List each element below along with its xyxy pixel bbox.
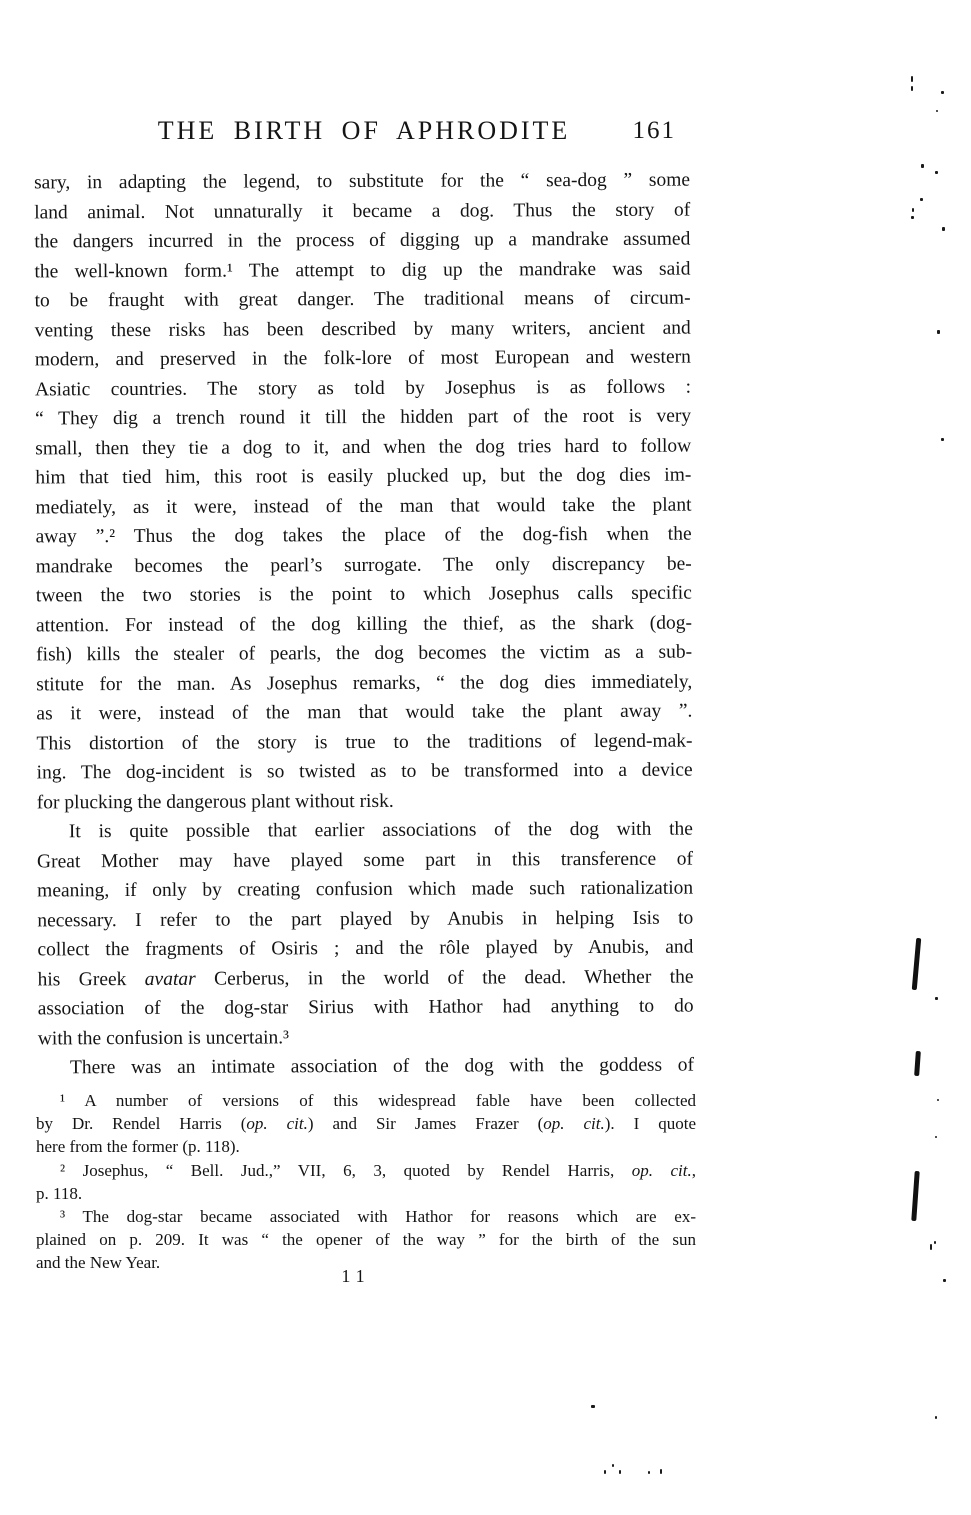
speck — [936, 110, 938, 112]
text-run: Great Mother may have played some part i… — [37, 848, 693, 872]
text-run: collect the fragments of Osiris ; and th… — [37, 937, 693, 961]
running-header: THE BIRTH OF APHRODITE 161 — [36, 116, 692, 150]
speck — [912, 208, 914, 212]
paragraph: It is quite possible that earlier associ… — [37, 815, 694, 1054]
text-run: association of the dog-star Sirius with … — [38, 996, 694, 1020]
paragraph: ³ The dog-star became associated with Ha… — [36, 1205, 696, 1275]
text-run: modern, and preserved in the folk-lore o… — [35, 347, 691, 371]
speck — [943, 1279, 946, 1282]
text-line: ing. The dog-incident is so twisted as t… — [37, 756, 693, 788]
text-line: mediately, as it were, instead of the ma… — [35, 490, 691, 522]
text-run: p. 118. — [36, 1184, 82, 1203]
text-run: his Greek — [38, 968, 145, 989]
text-line: There was an intimate association of the… — [38, 1051, 694, 1083]
speck — [935, 1416, 937, 1419]
text-line: away ”.² Thus the dog takes the place of… — [36, 520, 692, 552]
body-text: sary, in adapting the legend, to substit… — [34, 166, 694, 1083]
text-line: as it were, instead of the man that woul… — [36, 697, 692, 729]
text-run: mediately, as it were, instead of the ma… — [35, 494, 691, 518]
speck — [612, 1464, 614, 1467]
text-line: meaning, if only by creating confusion w… — [37, 874, 693, 906]
text-line: tween the two stories is the point to wh… — [36, 579, 692, 611]
text-line: stitute for the man. As Josephus remarks… — [36, 667, 692, 699]
speck — [935, 1136, 937, 1138]
speck — [930, 1244, 932, 1250]
signature-mark: 11 — [28, 1266, 684, 1287]
text-line: small, then they tie a dog to it, and wh… — [35, 431, 691, 463]
text-line: necessary. I refer to the part played by… — [37, 903, 693, 935]
text-line: plained on p. 209. It was “ the opener o… — [36, 1228, 696, 1251]
text-run: venting these risks has been described b… — [35, 317, 691, 341]
text-line: land animal. Not unnaturally it became a… — [34, 195, 690, 227]
paragraph: sary, in adapting the legend, to substit… — [34, 166, 693, 818]
text-line: mandrake becomes the pearl’s surrogate. … — [36, 549, 692, 581]
text-line: association of the dog-star Sirius with … — [38, 992, 694, 1024]
text-run: There was an intimate association of the… — [70, 1055, 694, 1079]
text-run: ³ The dog-star became associated with Ha… — [60, 1207, 696, 1226]
text-line: collect the fragments of Osiris ; and th… — [37, 933, 693, 965]
text-line: the dangers incurred in the process of d… — [34, 225, 690, 257]
text-line: venting these risks has been described b… — [35, 313, 691, 345]
text-run: him that tied him, this root is easily p… — [35, 465, 691, 489]
italic-phrase: avatar — [145, 968, 196, 989]
text-run: ). I quote — [605, 1114, 696, 1133]
speck — [934, 1241, 936, 1244]
text-run: Cerberus, in the world of the dead. Whet… — [196, 966, 694, 989]
book-page-scan: THE BIRTH OF APHRODITE 161 sary, in adap… — [0, 0, 971, 1515]
text-run: land animal. Not unnaturally it became a… — [34, 199, 690, 223]
text-line: his Greek avatar Cerberus, in the world … — [37, 962, 693, 994]
text-run: away ”.² Thus the dog takes the place of… — [36, 524, 692, 548]
text-line: ¹ A number of versions of this widesprea… — [36, 1089, 696, 1112]
text-line: by Dr. Rendel Harris (op. cit.) and Sir … — [36, 1112, 696, 1135]
text-run: by Dr. Rendel Harris ( — [36, 1114, 246, 1133]
text-line: here from the former (p. 118). — [36, 1135, 696, 1158]
text-line: for plucking the dangerous plant without… — [37, 785, 693, 817]
italic-phrase: op. cit. — [632, 1161, 692, 1180]
speck — [937, 1099, 939, 1101]
text-run: small, then they tie a dog to it, and wh… — [35, 435, 691, 459]
margin-ink-stroke — [911, 1171, 919, 1221]
text-line: him that tied him, this root is easily p… — [35, 461, 691, 493]
italic-phrase: op. cit. — [246, 1114, 307, 1133]
text-line: p. 118. — [36, 1182, 696, 1205]
paragraph: ² Josephus, “ Bell. Jud.,” VII, 6, 3, qu… — [36, 1159, 696, 1205]
text-run: as it were, instead of the man that woul… — [36, 701, 692, 725]
speck — [911, 86, 913, 91]
text-line: the well-known form.¹ The attempt to dig… — [34, 254, 690, 286]
speck — [935, 171, 938, 174]
text-run: meaning, if only by creating confusion w… — [37, 878, 693, 902]
text-line: ³ The dog-star became associated with Ha… — [36, 1205, 696, 1228]
text-run: mandrake becomes the pearl’s surrogate. … — [36, 553, 692, 577]
speck — [648, 1471, 650, 1474]
text-run: tween the two stories is the point to wh… — [36, 583, 692, 607]
speck — [660, 1469, 662, 1474]
text-run: necessary. I refer to the part played by… — [37, 907, 693, 931]
text-line: This distortion of the story is true to … — [36, 726, 692, 758]
text-run: for plucking the dangerous plant without… — [37, 790, 394, 813]
text-run: to be fraught with great danger. The tra… — [35, 288, 691, 312]
text-run: the dangers incurred in the process of d… — [34, 229, 690, 253]
page-title: THE BIRTH OF APHRODITE — [36, 116, 692, 147]
text-line: Great Mother may have played some part i… — [37, 844, 693, 876]
speck — [921, 164, 924, 168]
speck — [591, 1405, 595, 1408]
text-run: “ They dig a trench round it till the hi… — [35, 406, 691, 430]
text-line: ² Josephus, “ Bell. Jud.,” VII, 6, 3, qu… — [36, 1159, 696, 1182]
text-line: to be fraught with great danger. The tra… — [35, 284, 691, 316]
text-line: fish) kills the stealer of pearls, the d… — [36, 638, 692, 670]
speck — [604, 1470, 606, 1474]
speck — [937, 330, 940, 334]
text-run: It is quite possible that earlier associ… — [69, 819, 693, 843]
text-run: attention. For instead of the dog killin… — [36, 612, 692, 636]
margin-ink-stroke — [914, 1051, 921, 1076]
text-run: with the confusion is uncertain.³ — [38, 1027, 289, 1049]
speck — [920, 198, 923, 201]
text-line: Asiatic countries. The story as told by … — [35, 372, 691, 404]
speck — [935, 997, 938, 1000]
text-run: This distortion of the story is true to … — [36, 730, 692, 754]
speck — [619, 1470, 621, 1474]
italic-phrase: op. cit. — [543, 1114, 604, 1133]
speck — [941, 91, 944, 94]
text-run: ) and Sir James Frazer ( — [308, 1114, 543, 1133]
paragraph: There was an intimate association of the… — [38, 1051, 694, 1083]
speck — [941, 438, 944, 441]
text-line: attention. For instead of the dog killin… — [36, 608, 692, 640]
text-line: sary, in adapting the legend, to substit… — [34, 166, 690, 198]
text-run: fish) kills the stealer of pearls, the d… — [36, 642, 692, 666]
speck — [911, 76, 913, 82]
text-run: , — [692, 1161, 696, 1180]
text-run: here from the former (p. 118). — [36, 1137, 240, 1156]
text-line: modern, and preserved in the folk-lore o… — [35, 343, 691, 375]
text-run: ing. The dog-incident is so twisted as t… — [37, 760, 693, 784]
text-run: stitute for the man. As Josephus remarks… — [36, 671, 692, 695]
page-number: 161 — [633, 117, 677, 145]
text-line: “ They dig a trench round it till the hi… — [35, 402, 691, 434]
text-run: Asiatic countries. The story as told by … — [35, 376, 691, 400]
text-line: It is quite possible that earlier associ… — [37, 815, 693, 847]
text-run: plained on p. 209. It was “ the opener o… — [36, 1230, 696, 1249]
text-run: the well-known form.¹ The attempt to dig… — [34, 258, 690, 282]
text-run: ² Josephus, “ Bell. Jud.,” VII, 6, 3, qu… — [60, 1161, 632, 1180]
margin-ink-stroke — [912, 938, 922, 990]
paragraph: ¹ A number of versions of this widesprea… — [36, 1089, 696, 1159]
text-run: sary, in adapting the legend, to substit… — [34, 170, 690, 194]
text-line: with the confusion is uncertain.³ — [38, 1021, 694, 1053]
speck — [942, 227, 945, 231]
text-run: ¹ A number of versions of this widesprea… — [60, 1091, 696, 1110]
speck — [911, 216, 914, 219]
footnotes: ¹ A number of versions of this widesprea… — [36, 1089, 696, 1275]
